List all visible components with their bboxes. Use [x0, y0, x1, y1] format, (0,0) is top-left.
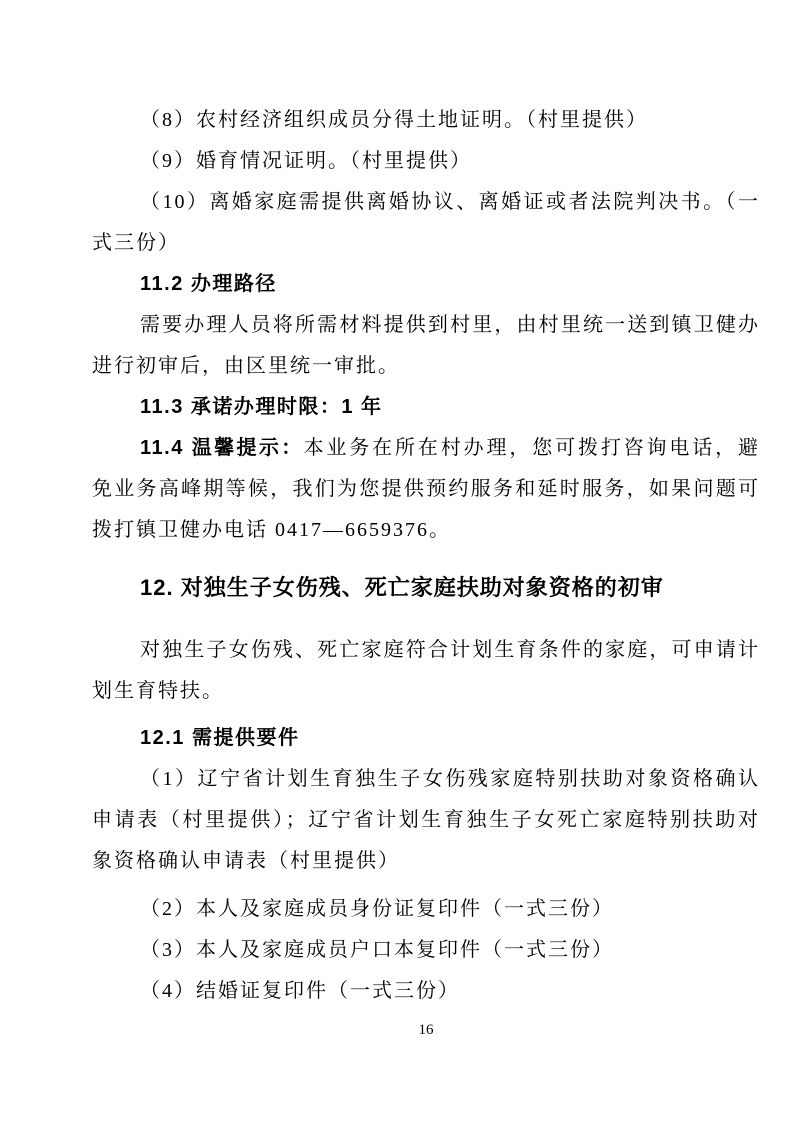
document-content: （8）农村经济组织成员分得土地证明。（村里提供） （9）婚育情况证明。（村里提供…: [92, 100, 760, 1012]
section-11-4-label: 11.4 温馨提示：: [140, 437, 304, 459]
list-item-4: （4）结婚证复印件（一式三份）: [92, 971, 760, 1012]
page-number: 16: [92, 1020, 760, 1040]
section-11-2-body: 需要办理人员将所需材料提供到村里，由村里统一送到镇卫健办进行初审后，由区里统一审…: [92, 305, 760, 387]
list-item-10: （10）离婚家庭需提供离婚协议、离婚证或者法院判决书。（一式三份）: [92, 182, 760, 264]
section-11-3-heading: 11.3 承诺办理时限：1 年: [92, 387, 760, 428]
section-12-body: 对独生子女伤残、死亡家庭符合计划生育条件的家庭，可申请计划生育特扶。: [92, 630, 760, 712]
list-item-3: （3）本人及家庭成员户口本复印件（一式三份）: [92, 930, 760, 971]
list-item-9: （9）婚育情况证明。（村里提供）: [92, 141, 760, 182]
list-item-8: （8）农村经济组织成员分得土地证明。（村里提供）: [92, 100, 760, 141]
list-item-1: （1）辽宁省计划生育独生子女伤残家庭特别扶助对象资格确认申请表（村里提供）；辽宁…: [92, 759, 760, 882]
section-11-4-paragraph: 11.4 温馨提示：本业务在所在村办理，您可拨打咨询电话，避免业务高峰期等候，我…: [92, 428, 760, 551]
list-item-2: （2）本人及家庭成员身份证复印件（一式三份）: [92, 889, 760, 930]
section-12-heading: 12. 对独生子女伤残、死亡家庭扶助对象资格的初审: [92, 567, 760, 608]
section-12-1-heading: 12.1 需提供要件: [92, 718, 760, 759]
document-page: （8）农村经济组织成员分得土地证明。（村里提供） （9）婚育情况证明。（村里提供…: [0, 0, 793, 1122]
section-11-2-heading: 11.2 办理路径: [92, 264, 760, 305]
